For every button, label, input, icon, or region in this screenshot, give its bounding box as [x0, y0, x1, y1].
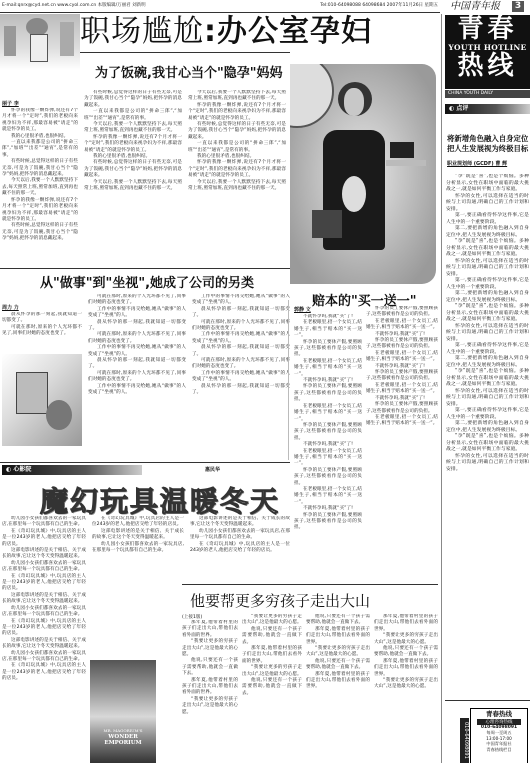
divider — [445, 700, 530, 701]
paragraph: “孕”既是“喜”,也是个烦恼。多种分析显示,女性在职场中面临的最大挑战之一,就是… — [446, 174, 529, 194]
paragraph: 可就在那时,原来的个人光环都不见了,同事们对她的态度也变了。 — [192, 320, 290, 333]
paragraph: 怀孕的员工要休产假,要照顾孩子,这些都被看作是公司的负担。 — [294, 468, 362, 487]
section-label: 心影院 — [13, 466, 31, 473]
paragraph: 今天以后,我要一个人默默坚持下去,每天照常上班,照常加班,直到再也藏不住的那一天… — [84, 180, 182, 193]
hotline-vertical-number: 010-64098091 — [460, 718, 469, 763]
paragraph: 可就在那时,原来的个人光环都不见了,同事们对她的态度也变了。 — [192, 358, 290, 371]
divider — [80, 52, 290, 53]
main-headline-part1: 职场尴尬 — [80, 14, 204, 49]
paragraph: 怀孕的员工要休产假,要照顾孩子,这些都被看作是公司的负担。 — [294, 340, 362, 359]
paragraph: 他说,只要还有一个孩子需要帮助,他就会一直做下去。 — [242, 678, 302, 697]
paper-name: 中国青年报 — [450, 0, 500, 14]
paragraph: 第一,要正确看待怀孕这件事,它是人生中的一个重要阶段。 — [446, 278, 529, 291]
article-body-magic-toys-col2: 在《奇幻玩具城》中,玩具店的主人是一位243岁的老人,他把店交给了年轻的店员。 … — [92, 516, 184, 576]
paragraph: 怀孕的员工要休产假,要照顾孩子,这些都被看作是公司的负担。 — [366, 402, 438, 415]
paragraph: 那年夏,他带着村里的孩子们走出大山,带他们去看外面的世界。 — [182, 620, 238, 639]
paragraph: 怀孕的女性,可以选择在适当的时候与上司沟通,明确自己的工作计划和安排。 — [446, 454, 529, 474]
page-number-badge: 3 — [512, 1, 524, 12]
paragraph: 在老板眼里,招一个女员工,结婚生子,相当于赔本的“买一送一”。 — [294, 449, 362, 468]
paragraph: 工作中的事情不再交给她,她从“做事”的人变成了“坐视”的人。 — [192, 294, 290, 307]
paragraph: 他说,只要还有一个孩子需要帮助,他就会一直做下去。 — [306, 659, 370, 672]
paragraph: 有些时候,总觉得这样的日子有些无奈,可是为了饭碗,我甘心当个“隐孕”妈妈,把怀孕… — [2, 159, 78, 178]
paragraph: 第一,要正确看待怀孕这件事,它是人生中的一个重要阶段。 — [446, 213, 529, 226]
paragraph: 今天以后,我要一个人默默坚持下去,每天照常上班,照常加班,直到再也藏不住的那一天… — [2, 178, 78, 197]
paragraph: 第二,要把新增的角色融入到自身定位中,把人生发展视为终极目标。 — [446, 226, 529, 239]
paragraph: 怀孕的员工要休产假,要照顾孩子,这些都被看作是公司的负担。 — [366, 338, 438, 351]
hotline-box: 青春热线 心理咨询热线 010-64098091 每周一至周五 13:00-17… — [470, 708, 528, 763]
paragraph: 有些时候,总觉得这样的日子有些无奈,可是为了饭碗,我甘心当个“隐孕”妈妈,把怀孕… — [84, 160, 182, 179]
paragraph: 在老板眼里,招一个女员工,结婚生子,相当于赔本的“买一送一”。 — [366, 415, 438, 428]
paragraph: 在老板眼里,招一个女员工,结婚生子,相当于赔本的“买一送一”。 — [294, 320, 362, 339]
main-headline-part2: 办公室孕妇 — [217, 14, 372, 49]
paragraph: “我要让更多的穷孩子走出大山”,这是他最大的心愿。 — [306, 646, 370, 659]
paragraph: 可就在那时,原来的个人光环都不见了,同事们对她的态度也变了。 — [88, 371, 186, 384]
paragraph: 在老板眼里,招一个女员工,结婚生子,相当于赔本的“买一送一”。 — [366, 383, 438, 396]
paragraph: 那年夏,他带着村里的孩子们走出大山,带他们去看外面的世界。 — [374, 614, 438, 633]
paragraph: 晨从怀孕的那一刻起,我就知道一切都变了。 — [192, 345, 290, 358]
paragraph: “孕”既是“喜”,也是个烦恼。多种分析显示,女性在职场中面临的最大挑战之一,就是… — [446, 239, 529, 259]
paragraph: “我要让更多的穷孩子走出大山”,这是他最大的心愿。 — [182, 639, 238, 658]
column-divider — [441, 14, 442, 763]
pregnant-woman-illustration — [290, 64, 436, 284]
paragraph: 工作中的事情不再交给她,她从“做事”的人变成了“坐视”的人。 — [88, 384, 186, 397]
paragraph: 第二,要把新增的角色融入到自身定位中,把人生发展视为终极目标。 — [446, 356, 529, 369]
divider — [182, 584, 438, 585]
paragraph: 在老板眼里,招一个女员工,结婚生子,相当于赔本的“买一送一”。 — [294, 404, 362, 423]
paragraph: 不就怀孕吗,我就“买”了! — [294, 506, 362, 512]
page-header-bar: E-mail:qnrx@cyd.net.cn www.cyol.com.cn 本… — [0, 0, 440, 13]
paragraph: 第二,要把新增的角色融入到自身定位中,把人生发展视为终极目标。 — [446, 421, 529, 434]
hotline-box-title: 青春热线 — [471, 709, 527, 719]
article-body-poor-kids-col3: 他说,只要还有一个孩子需要帮助,他就会一直做下去。 那年夏,他带着村里的孩子们走… — [306, 614, 370, 763]
paragraph: 怀孕的女性,可以选择在适当的时候与上司沟通,明确自己的工作计划和安排。 — [446, 324, 529, 344]
movie-poster: MR. MAGORIUM'S WONDER EMPORIUM — [90, 660, 156, 763]
paragraph: 怀孕的我像一颗炸弹,说还有7个月才将一个“定时”,我们的老板向来视孕妇为不祥,那… — [84, 135, 182, 154]
sidebar-body: “孕”既是“喜”,也是个烦恼。多种分析显示,女性在职场中面临的最大挑战之一,就是… — [446, 174, 529, 688]
paragraph: 可就在那时,原来的个人光环都不见了,同事们对她的态度也变了。 — [2, 325, 82, 338]
masthead-strip: CHINA YOUTH DAILY — [445, 90, 530, 98]
paragraph: 一直以来我都是公司的“拼命三郎”,“加班”“出差”“通宵”,是常有的事。 — [188, 141, 286, 154]
header-date-info: Tel:010-64098088 64098684 2007年11月26日 星期… — [320, 0, 438, 12]
paragraph: 这部电影讲述的是关于相信、关于成长的故事,它让这个冬天变得温暖起来。 — [92, 529, 184, 542]
header-contact-info: E-mail:qnrx@cyd.net.cn www.cyol.com.cn 本… — [2, 0, 146, 12]
paragraph: 晨从怀孕的那一刻起,我就知道一切都变了。 — [192, 307, 290, 320]
section-byline: 惠民华 — [205, 466, 220, 473]
article-title-from-doing-to-watching: 从"做事"到"坐视",她成了公司的另类 — [40, 272, 254, 291]
paragraph: 怀孕的员工要休产假,要照顾孩子,这些都被看作是公司的负担。 — [366, 370, 438, 383]
paragraph: 在老板眼里,招一个女员工,结婚生子,相当于赔本的“买一送一”。 — [366, 351, 438, 364]
article-byline: 丽子 李 — [2, 100, 19, 107]
headline-colon: : — [204, 14, 217, 49]
poster-title-line2: WONDER EMPORIUM — [90, 734, 156, 746]
article-body-poor-kids-col1: 那年夏,他带着村里的孩子们走出大山,带他们去看外面的世界。 “我要让更多的穷孩子… — [182, 620, 238, 763]
paragraph: 在老板眼里,招一个女员工,结婚生子,相当于赔本的“买一送一”。 — [366, 319, 438, 332]
hotline-line: 青春热线栏目 — [471, 747, 527, 753]
article-body-poor-kids-col4: 那年夏,他带着村里的孩子们走出大山,带他们去看外面的世界。 “我要让更多的穷孩子… — [374, 614, 438, 763]
article-body-buy-one-col2: 怀孕的员工要休产假,要照顾孩子,这些都被看作是公司的负担。 在老板眼里,招一个女… — [366, 306, 438, 596]
article-title-hidden-pregnancy: 为了饭碗,我甘心当个"隐孕"妈妈 — [95, 62, 283, 81]
paragraph: 那年夏,他带着村里的孩子们走出大山,带他们去看外面的世界。 — [242, 646, 302, 665]
paragraph: “孕”既是“喜”,也是个烦恼。多种分析显示,女性在职场中面临的最大挑战之一,就是… — [446, 304, 529, 324]
article-byline: 周力 力 — [2, 304, 19, 311]
paragraph: 今天以后,我要一个人默默坚持下去,每天照常上班,照常加班,直到再也藏不住的那一天… — [188, 90, 286, 103]
article-body-hidden-pregnancy-col2: 有些时候,总觉得这样的日子有些无奈,可是为了饭碗,我甘心当个“隐孕”妈妈,把怀孕… — [84, 90, 182, 260]
paragraph: 晨从怀孕的那一刻起,我就知道一切都变了。 — [88, 358, 186, 371]
column-divider — [288, 300, 289, 460]
main-headline: 职场尴尬:办公室孕妇 — [80, 16, 440, 48]
paragraph: 在老板眼里,招一个女员工,结婚生子,相当于赔本的“买一送一”。 — [294, 359, 362, 378]
article-body-poor-kids-col2: “我要让更多的穷孩子走出大山”,这是他最大的心愿。 他说,只要还有一个孩子需要帮… — [242, 614, 302, 763]
paragraph: 怀孕的女性,可以选择在适当的时候与上司沟通,明确自己的工作计划和安排。 — [446, 194, 529, 214]
paragraph: “我要让更多的穷孩子走出大山”,这是他最大的心愿。 — [242, 614, 302, 627]
paragraph: 幼儿园小女孩们都喜欢去的一家玩具店,在那里每一个玩具都有自己的生命。 — [190, 529, 290, 542]
paragraph: “我要让更多的穷孩子走出大山”,这是他最大的心愿。 — [374, 633, 438, 646]
paragraph: 那年夏,他带着村里的孩子们走出大山,带他们去看外面的世界。 — [182, 678, 238, 697]
paragraph: 怀孕的我像一颗炸弹,说还有7个月才将一个“定时”,我们的老板向来视孕妇为不祥,那… — [188, 160, 286, 179]
paragraph: 他说,只要还有一个孩子需要帮助,他就会一直做下去。 — [182, 658, 238, 677]
paragraph: 在《奇幻玩具城》中,玩具店的主人是一位243岁的老人,他把店交给了年轻的店员。 — [92, 516, 184, 529]
paragraph: 怀孕的员工要休产假,要照顾孩子,这些都被看作是公司的负担。 — [294, 423, 362, 442]
paragraph: 怀孕的我像一颗炸弹,说还有7个月才将一个“定时”,我们的老板向来视孕妇为不祥,那… — [2, 198, 78, 224]
paragraph: 幼儿园小女孩们都喜欢去的一家玩具店,在那里每一个玩具都有自己的生命。 — [2, 561, 86, 574]
paragraph: 怀孕的员工要休产假,要照顾孩子,这些都被看作是公司的负担。 — [366, 306, 438, 319]
paragraph: 第一,要正确看待怀孕这件事,它是人生中的一个重要阶段。 — [446, 408, 529, 421]
paragraph: 在《奇幻玩具城》中,玩具店的主人是一位243岁的老人,他把店交给了年轻的店员。 — [190, 542, 290, 555]
divider — [0, 268, 290, 269]
paragraph: 幼儿园小女孩们都喜欢去的一家玩具店,在那里每一个玩具都有自己的生命。 — [2, 516, 86, 529]
paragraph: 晨从怀孕的那一刻起,我就知道一切都变了。 — [88, 320, 186, 333]
section-masthead: 青春 YOUTH HOTLINE 热线 — [445, 15, 530, 89]
sidebar-byline: 职业规划师 (GCDF) 曹 辉 — [447, 160, 529, 167]
masthead-top: 青春 — [445, 15, 530, 43]
paper-logo: 中国青年报 3 — [448, 0, 530, 14]
paragraph: 他说,只要还有一个孩子需要帮助,他就会一直做下去。 — [374, 646, 438, 659]
article-body-magic-toys-col1: 幼儿园小女孩们都喜欢去的一家玩具店,在那里每一个玩具都有自己的生命。 在《奇幻玩… — [2, 516, 86, 750]
paragraph: 怀孕的员工要休产假,要照顾孩子,这些都被看作是公司的负担。 — [294, 384, 362, 403]
paragraph: 第一,要正确看待怀孕这件事,它是人生中的一个重要阶段。 — [446, 343, 529, 356]
paragraph: 晨从怀孕的那一刻起,我就知道一切都变了。 — [2, 312, 82, 325]
paragraph: 在《奇幻玩具城》中,玩具店的主人是一位243岁的老人,他把店交给了年轻的店员。 — [2, 619, 86, 638]
paragraph: “孕”既是“喜”,也是个烦恼。多种分析显示,女性在职场中面临的最大挑战之一,就是… — [446, 369, 529, 389]
paragraph: 工作中的事情不再交给她,她从“做事”的人变成了“坐视”的人。 — [88, 345, 186, 358]
paragraph: 工作中的事情不再交给她,她从“做事”的人变成了“坐视”的人。 — [88, 307, 186, 320]
paragraph: 幼儿园小女孩们都喜欢去的一家玩具店,在那里每一个玩具都有自己的生命。 — [92, 542, 184, 555]
paragraph: 一直以来我都是公司的“拼命三郎”,“加班”“出差”“通宵”,是常有的事。 — [2, 140, 78, 159]
paragraph: “孕”既是“喜”,也是个烦恼。多种分析显示,女性在职场中面临的最大挑战之一,就是… — [446, 434, 529, 454]
paragraph: 那年夏,他带着村里的孩子们走出大山,带他们去看外面的世界。 — [374, 659, 438, 678]
paragraph: 这部电影讲述的是关于相信、关于成长的故事,它让这个冬天变得温暖起来。 — [190, 516, 290, 529]
paragraph: 可就在那时,原来的个人光环都不见了,同事们对她的态度也变了。 — [88, 294, 186, 307]
divider — [0, 462, 290, 463]
paragraph: “我要让更多的穷孩子走出大山”,这是他最大的心愿。 — [182, 697, 238, 716]
article-body-hidden-pregnancy-col3: 今天以后,我要一个人默默坚持下去,每天照常上班,照常加班,直到再也藏不住的那一天… — [188, 90, 286, 260]
article-body-hidden-pregnancy-col1: 怀孕的我像一颗炸弹,说还有7个月才将一个“定时”,我们的老板向来视孕妇为不祥,那… — [2, 108, 78, 260]
paragraph: 那年夏,他带着村里的孩子们走出大山,带他们去看外面的世界。 — [306, 672, 370, 691]
paragraph: 那年夏,他带着村里的孩子们走出大山,带他们去看外面的世界。 — [306, 627, 370, 646]
article-byline: 郭静 文 — [294, 306, 311, 313]
paragraph: 怀孕的女性,可以选择在适当的时候与上司沟通,明确自己的工作计划和安排。 — [446, 389, 529, 409]
article-title-poor-kids: 他要帮更多穷孩子走出大山 — [190, 590, 370, 611]
paragraph: 工作中的事情不再交给她,她从“做事”的人变成了“坐视”的人。 — [192, 371, 290, 384]
paragraph: 有些时候,总觉得这样的日子有些无奈,可是为了饭碗,我甘心当个“隐孕”妈妈,把怀孕… — [84, 90, 182, 109]
paragraph: 第二,要把新增的角色融入到自身定位中,把人生发展视为终极目标。 — [446, 291, 529, 304]
section-label: 点评 — [456, 105, 468, 112]
paragraph: 今天以后,我要一个人默默坚持下去,每天照常上班,照常加班,直到再也藏不住的那一天… — [84, 122, 182, 135]
paragraph: 不就怀孕吗,我就“买”了! — [294, 442, 362, 448]
paragraph: 在《奇幻玩具城》中,玩具店的主人是一位243岁的老人,他把店交给了年轻的店员。 — [2, 574, 86, 593]
paragraph: 这部电影讲述的是关于相信、关于成长的故事,它让这个冬天变得温暖起来。 — [2, 593, 86, 606]
paragraph: 怀孕的员工要休产假,要照顾孩子,这些都被看作是公司的负担。 — [294, 513, 362, 532]
poster-title-line1: MR. MAGORIUM'S — [90, 728, 156, 733]
article-title-magic-toys: 魔幻玩具温暖冬天 — [40, 480, 280, 520]
paragraph: 他说,只要还有一个孩子需要帮助,他就会一直做下去。 — [242, 627, 302, 646]
article-body-from-doing-col1: 晨从怀孕的那一刻起,我就知道一切都变了。 可就在那时,原来的个人光环都不见了,同… — [2, 312, 82, 352]
paragraph: “我要让更多的穷孩子走出大山”,这是他最大的心愿。 — [374, 678, 438, 691]
paragraph: 怀孕的我像一颗炸弹,说还有7个月才将一个“定时”,我们的老板向来视孕妇为不祥,那… — [2, 108, 78, 134]
paragraph: 幼儿园小女孩们都喜欢去的一家玩具店,在那里每一个玩具都有自己的生命。 — [2, 651, 86, 664]
paragraph: 有些时候,总觉得这样的日子有些无奈,可是为了饭碗,我甘心当个“隐孕”妈妈,把怀孕… — [2, 223, 78, 242]
paragraph: 幼儿园小女孩们都喜欢去的一家玩具店,在那里每一个玩具都有自己的生命。 — [2, 606, 86, 619]
cartoon-illustration — [0, 14, 80, 70]
article-body-magic-toys-col3: 这部电影讲述的是关于相信、关于成长的故事,它让这个冬天变得温暖起来。 幼儿园小女… — [190, 516, 290, 576]
paragraph: 一直以来我都是公司的“拼命三郎”,“加班”“出差”“通宵”,是常有的事。 — [84, 109, 182, 122]
cartoon-office-illustration — [2, 354, 82, 446]
masthead-bottom: 热线 — [445, 52, 530, 80]
paragraph: 今天以后,我要一个人默默坚持下去,每天照常上班,照常加班,直到再也藏不住的那一天… — [188, 180, 286, 193]
paragraph: “我要让更多的穷孩子走出大山”,这是他最大的心愿。 — [242, 665, 302, 678]
paragraph: 怀孕的我像一颗炸弹,说还有7个月才将一个“定时”,我们的老板向来视孕妇为不祥,那… — [188, 103, 286, 122]
paragraph: 可就在那时,原来的个人光环都不见了,同事们对她的态度也变了。 — [88, 332, 186, 345]
section-header-commentary: ◐ 点评 — [445, 104, 530, 114]
paragraph: 怀孕的女性,可以选择在适当的时候与上司沟通,明确自己的工作计划和安排。 — [446, 259, 529, 279]
paragraph: 这部电影讲述的是关于相信、关于成长的故事,它让这个冬天变得温暖起来。 — [2, 548, 86, 561]
article-body-from-doing-col3: 工作中的事情不再交给她,她从“做事”的人变成了“坐视”的人。 晨从怀孕的那一刻起… — [192, 294, 290, 452]
paragraph: 这部电影讲述的是关于相信、关于成长的故事,它让这个冬天变得温暖起来。 — [2, 638, 86, 651]
section-header-cinema: ◐ 心影院 — [2, 465, 142, 475]
paragraph: 在《奇幻玩具城》中,玩具店的主人是一位243岁的老人,他把店交给了年轻的店员。 — [2, 529, 86, 548]
paragraph: 在老板眼里,招一个女员工,结婚生子,相当于赔本的“买一送一”。 — [294, 487, 362, 506]
sidebar-title: 将新增角色融入自身定位 把人生发展视为终极目标 — [447, 134, 529, 154]
paragraph: 晨从怀孕的那一刻起,我就知道一切都变了。 — [192, 384, 290, 397]
paragraph: 在《奇幻玩具城》中,玩具店的主人是一位243岁的老人,他把店交给了年轻的店员。 — [2, 663, 86, 682]
clock-icon — [290, 64, 334, 128]
article-body-from-doing-col2: 可就在那时,原来的个人光环都不见了,同事们对她的态度也变了。 工作中的事情不再交… — [88, 294, 186, 452]
paragraph: 工作中的事情不再交给她,她从“做事”的人变成了“坐视”的人。 — [192, 332, 290, 345]
paragraph: 有些时候,总觉得这样的日子有些无奈,可是为了饭碗,我甘心当个“隐孕”妈妈,把怀孕… — [188, 122, 286, 141]
paragraph: 他说,只要还有一个孩子需要帮助,他就会一直做下去。 — [306, 614, 370, 627]
